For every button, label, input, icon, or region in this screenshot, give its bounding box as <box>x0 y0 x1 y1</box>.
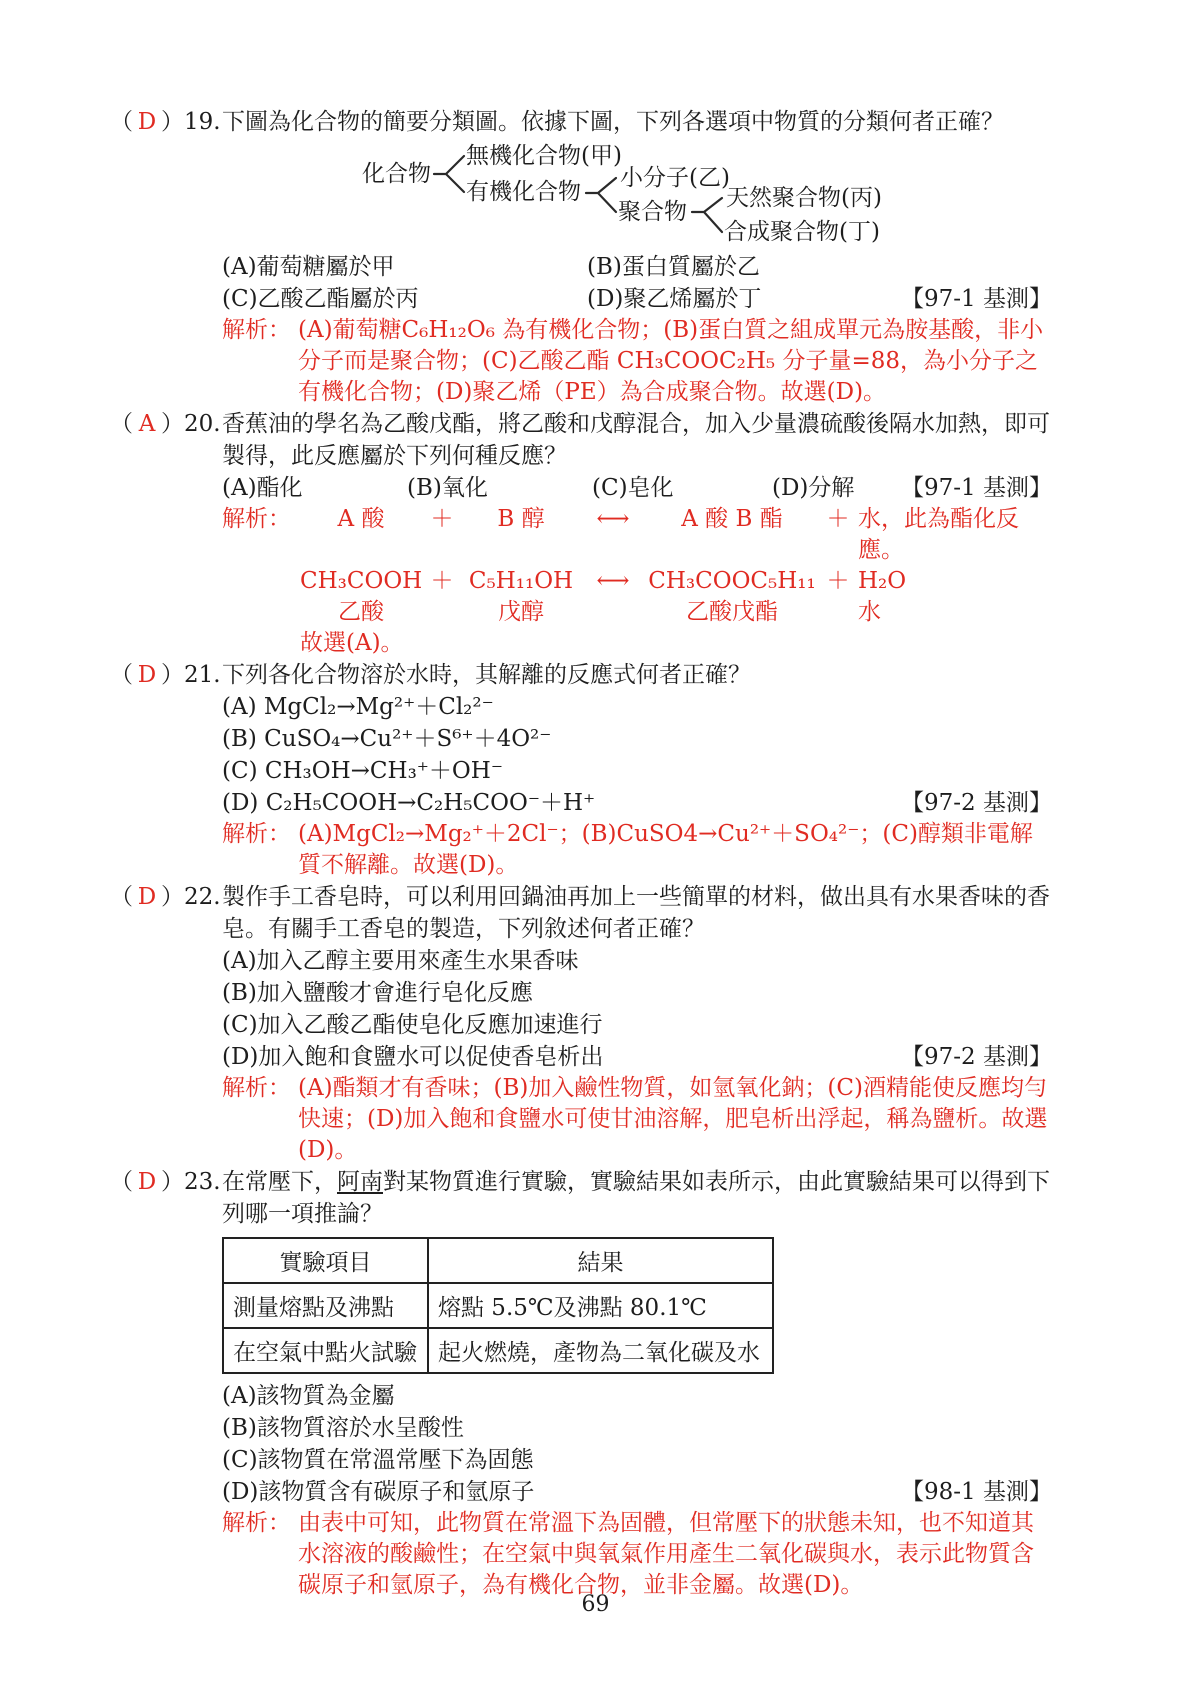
eq-acetic-acid: CH₃COOH <box>300 566 422 597</box>
paren-open: （ <box>110 659 133 691</box>
diagram-node-synthetic-polymer: 合成聚合物(丁) <box>724 219 880 245</box>
diagram-node-small-molecule: 小分子(乙) <box>620 165 730 191</box>
question-stem: 下列各化合物溶於水時，其解離的反應式何者正確？ <box>222 659 1052 691</box>
paren-open: （ <box>110 881 133 913</box>
question-body: 下圖為化合物的簡要分類圖。依據下圖，下列各選項中物質的分類何者正確？ 化合物 無… <box>222 106 1052 408</box>
diagram-node-natural-polymer: 天然聚合物(丙) <box>726 185 882 211</box>
option-c: (C) CH₃OH→CH₃⁺＋OH⁻ <box>222 755 1052 787</box>
option-a: (A)加入乙醇主要用來產生水果香味 <box>222 945 1052 977</box>
paren-close: ） <box>161 408 184 440</box>
paren-open: （ <box>110 106 133 138</box>
table-cell-result: 起火燃燒，產物為二氧化碳及水 <box>428 1328 773 1373</box>
paren-open: （ <box>110 1166 133 1198</box>
table-cell-item: 在空氣中點火試驗 <box>223 1328 428 1373</box>
exam-page: { "colors": { "red": "#e02b22", "ink": "… <box>0 0 1191 1684</box>
eq-ester-generic: A 酸 B 酯 <box>646 504 818 566</box>
answer-marker: （D） <box>110 659 184 691</box>
page-number: 69 <box>0 1592 1191 1617</box>
eq-name-alcohol: 戊醇 <box>462 597 580 628</box>
answer-letter: D <box>138 1166 156 1198</box>
paren-close: ） <box>161 106 184 138</box>
explanation: 解析： (A)MgCl₂→Mg₂⁺＋2Cl⁻；(B)CuSO4→Cu²⁺＋SO₄… <box>222 819 1052 881</box>
options: (A)酯化 (B)氧化 (C)皂化 (D)分解 【97-1 基測】 <box>222 472 1052 504</box>
paren-close: ） <box>161 881 184 913</box>
eq-plus: ＋ <box>422 504 462 566</box>
question-stem: 在常壓下，阿南對某物質進行實驗，實驗結果如表所示，由此實驗結果可以得到下列哪一項… <box>222 1166 1052 1230</box>
page-content: （D） 19. 下圖為化合物的簡要分類圖。依據下圖，下列各選項中物質的分類何者正… <box>110 106 1085 1601</box>
diagram-node-organic: 有機化合物 <box>466 179 581 205</box>
source-tag: 【97-1 基測】 <box>901 283 1052 315</box>
question-19: （D） 19. 下圖為化合物的簡要分類圖。依據下圖，下列各選項中物質的分類何者正… <box>110 106 1085 408</box>
question-stem: 製作手工香皂時，可以利用回鍋油再加上一些簡單的材料，做出具有水果香味的香皂。有關… <box>222 881 1052 945</box>
explanation-text: (A)酯類才有香味；(B)加入鹼性物質，如氫氧化鈉；(C)酒精能使反應均勻快速；… <box>298 1075 1047 1163</box>
table-row: 測量熔點及沸點 熔點 5.5℃及沸點 80.1℃ <box>223 1283 773 1328</box>
question-22: （D） 22. 製作手工香皂時，可以利用回鍋油再加上一些簡單的材料，做出具有水果… <box>110 881 1085 1166</box>
table-header-result: 結果 <box>428 1238 773 1283</box>
question-body: 香蕉油的學名為乙酸戊酯，將乙酸和戊醇混合，加入少量濃硫酸後隔水加熱，即可製得，此… <box>222 408 1052 659</box>
question-stem: 下圖為化合物的簡要分類圖。依據下圖，下列各選項中物質的分類何者正確？ <box>222 106 1052 138</box>
question-number: 19. <box>184 106 222 138</box>
option-d: (D)該物質含有碳原子和氫原子 <box>222 1476 534 1508</box>
option-d: (D) C₂H₅COOH→C₂H₅COO⁻＋H⁺ <box>222 787 595 819</box>
paren-close: ） <box>161 1166 184 1198</box>
table-cell-item: 測量熔點及沸點 <box>223 1283 428 1328</box>
option-c: (C)加入乙酸乙酯使皂化反應加速進行 <box>222 1009 1052 1041</box>
option-d-row: (D) C₂H₅COOH→C₂H₅COO⁻＋H⁺ 【97-2 基測】 <box>222 787 1052 819</box>
explanation: 解析： (A)酯類才有香味；(B)加入鹼性物質，如氫氧化鈉；(C)酒精能使反應均… <box>222 1073 1052 1166</box>
eq-name-water: 水 <box>858 597 1052 628</box>
source-tag: 【97-2 基測】 <box>901 787 1052 819</box>
answer-marker: （A） <box>110 408 184 440</box>
option-b: (B)該物質溶於水呈酸性 <box>222 1412 1052 1444</box>
table-cell-result: 熔點 5.5℃及沸點 80.1℃ <box>428 1283 773 1328</box>
classification-diagram: 化合物 無機化合物(甲) 有機化合物 小分子(乙) 聚合物 天然聚合物(丙) 合… <box>362 141 882 247</box>
option-a: (A) MgCl₂→Mg²⁺＋Cl₂²⁻ <box>222 691 1052 723</box>
eq-arrow: ⟷ <box>580 566 646 597</box>
explanation-conclusion: 故選(A)。 <box>300 628 1052 659</box>
explanation-text: 由表中可知，此物質在常溫下為固體，但常壓下的狀態未知，也不知道其水溶液的酸鹼性；… <box>298 1510 1034 1598</box>
table-header-item: 實驗項目 <box>223 1238 428 1283</box>
answer-letter: D <box>138 881 156 913</box>
option-b: (B)加入鹽酸才會進行皂化反應 <box>222 977 1052 1009</box>
question-20: （A） 20. 香蕉油的學名為乙酸戊酯，將乙酸和戊醇混合，加入少量濃硫酸後隔水加… <box>110 408 1085 659</box>
student-name: 阿南 <box>337 1169 383 1195</box>
option-d-row: (D)聚乙烯屬於丁 【97-1 基測】 <box>587 283 1052 315</box>
option-c: (C)該物質在常溫常壓下為固態 <box>222 1444 1052 1476</box>
eq-arrow: ⟷ <box>580 504 646 566</box>
eq-pentanol: C₅H₁₁OH <box>462 566 580 597</box>
explanation-text: (A)葡萄糖C₆H₁₂O₆ 為有機化合物；(B)蛋白質之組成單元為胺基酸，非小分… <box>298 317 1043 405</box>
option-d: (D)加入飽和食鹽水可以促使香皂析出 <box>222 1041 603 1073</box>
stem-text: 在常壓下， <box>222 1169 337 1195</box>
option-c: (C)皂化 <box>592 472 772 504</box>
option-a: (A)酯化 <box>222 472 407 504</box>
diagram-node-root: 化合物 <box>362 161 431 187</box>
source-tag: 【97-1 基測】 <box>901 472 1052 504</box>
explanation-equation: 解析： A 酸 ＋ B 醇 ⟷ A 酸 B 酯 ＋ 水，此為酯化反應。 CH₃C… <box>222 504 1052 659</box>
option-c: (C)乙酸乙酯屬於丙 <box>222 283 587 315</box>
answer-marker: （D） <box>110 106 184 138</box>
question-body: 在常壓下，阿南對某物質進行實驗，實驗結果如表所示，由此實驗結果可以得到下列哪一項… <box>222 1166 1052 1601</box>
eq-plus: ＋ <box>818 566 858 597</box>
question-body: 製作手工香皂時，可以利用回鍋油再加上一些簡單的材料，做出具有水果香味的香皂。有關… <box>222 881 1052 1166</box>
option-b: (B)氧化 <box>407 472 592 504</box>
answer-letter: D <box>138 106 156 138</box>
source-tag: 【98-1 基測】 <box>901 1476 1052 1508</box>
explanation-label: 解析： <box>222 1073 291 1104</box>
source-tag: 【97-2 基測】 <box>901 1041 1052 1073</box>
eq-water-note: 水，此為酯化反應。 <box>858 504 1052 566</box>
eq-water-formula: H₂O <box>858 566 1052 597</box>
question-21: （D） 21. 下列各化合物溶於水時，其解離的反應式何者正確？ (A) MgCl… <box>110 659 1085 881</box>
paren-open: （ <box>110 408 133 440</box>
explanation-label: 解析： <box>222 819 291 850</box>
question-body: 下列各化合物溶於水時，其解離的反應式何者正確？ (A) MgCl₂→Mg²⁺＋C… <box>222 659 1052 881</box>
explanation-label: 解析： <box>222 315 291 346</box>
option-b: (B) CuSO₄→Cu²⁺＋S⁶⁺＋4O²⁻ <box>222 723 1052 755</box>
question-23: （D） 23. 在常壓下，阿南對某物質進行實驗，實驗結果如表所示，由此實驗結果可… <box>110 1166 1085 1601</box>
option-d: (D)聚乙烯屬於丁 <box>587 283 761 315</box>
question-stem: 香蕉油的學名為乙酸戊酯，將乙酸和戊醇混合，加入少量濃硫酸後隔水加熱，即可製得，此… <box>222 408 1052 472</box>
paren-close: ） <box>161 659 184 691</box>
explanation: 解析： 由表中可知，此物質在常溫下為固體，但常壓下的狀態未知，也不知道其水溶液的… <box>222 1508 1052 1601</box>
explanation-label: 解析： <box>222 1508 291 1539</box>
option-d-row: (D)加入飽和食鹽水可以促使香皂析出 【97-2 基測】 <box>222 1041 1052 1073</box>
option-b: (B)蛋白質屬於乙 <box>587 251 1052 283</box>
question-number: 21. <box>184 659 222 691</box>
answer-letter: A <box>139 408 156 440</box>
eq-name-acid: 乙酸 <box>300 597 422 628</box>
question-number: 22. <box>184 881 222 913</box>
eq-amyl-acetate: CH₃COOC₅H₁₁ <box>646 566 818 597</box>
explanation-label: 解析： <box>222 504 300 566</box>
option-a: (A)該物質為金屬 <box>222 1380 1052 1412</box>
eq-alcohol-generic: B 醇 <box>462 504 580 566</box>
answer-marker: （D） <box>110 1166 184 1198</box>
answer-marker: （D） <box>110 881 184 913</box>
option-d-row: (D)該物質含有碳原子和氫原子 【98-1 基測】 <box>222 1476 1052 1508</box>
eq-plus: ＋ <box>818 504 858 566</box>
option-a: (A)葡萄糖屬於甲 <box>222 251 587 283</box>
option-d: (D)分解 <box>772 472 854 504</box>
table-header-row: 實驗項目 結果 <box>223 1238 773 1283</box>
explanation: 解析： (A)葡萄糖C₆H₁₂O₆ 為有機化合物；(B)蛋白質之組成單元為胺基酸… <box>222 315 1052 408</box>
options: (A)葡萄糖屬於甲 (B)蛋白質屬於乙 (C)乙酸乙酯屬於丙 (D)聚乙烯屬於丁… <box>222 251 1052 315</box>
question-number: 20. <box>184 408 222 440</box>
question-number: 23. <box>184 1166 222 1198</box>
table-row: 在空氣中點火試驗 起火燃燒，產物為二氧化碳及水 <box>223 1328 773 1373</box>
explanation-text: (A)MgCl₂→Mg₂⁺＋2Cl⁻；(B)CuSO4→Cu²⁺＋SO₄²⁻；(… <box>298 821 1033 878</box>
eq-name-ester: 乙酸戊酯 <box>646 597 818 628</box>
answer-letter: D <box>138 659 156 691</box>
eq-plus: ＋ <box>422 566 462 597</box>
experiment-table: 實驗項目 結果 測量熔點及沸點 熔點 5.5℃及沸點 80.1℃ 在空氣中點火試… <box>222 1237 774 1374</box>
diagram-node-inorganic: 無機化合物(甲) <box>466 143 622 169</box>
diagram-node-polymer: 聚合物 <box>618 199 687 225</box>
eq-acid-generic: A 酸 <box>300 504 422 566</box>
